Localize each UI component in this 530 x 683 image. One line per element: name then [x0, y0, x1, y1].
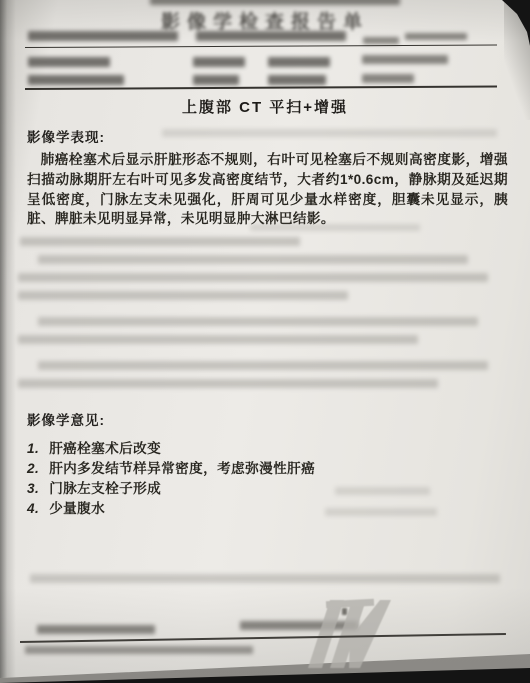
report-content: 影像学检查报告单 上腹部 CT 平扫+增强 影像学表现: 肺癌栓塞术后显示肝脏形…: [0, 0, 530, 683]
patient-age-redacted: [268, 57, 330, 67]
findings-paragraph: 肺癌栓塞术后显示肝脏形态不规则，右叶可见栓塞后不规则高密度影，增强扫描动脉期肝左…: [27, 150, 508, 229]
header-field-redacted: [28, 31, 178, 41]
bleed-through-text: [38, 255, 468, 264]
findings-heading: 影像学表现:: [27, 126, 105, 146]
impression-item: 2. 肝内多发结节样异常密度，考虑弥漫性肝癌: [27, 457, 457, 477]
header-field-redacted: [363, 37, 399, 44]
hospital-name-cutoff-redacted: [150, 0, 400, 5]
bleed-through-text: [335, 487, 430, 495]
impression-item-number: 2.: [27, 461, 45, 476]
impression-item-text: 肝癌栓塞术后改变: [49, 441, 161, 456]
bleed-through-text: [30, 574, 500, 583]
photographed-report-page: 影像学检查报告单 上腹部 CT 平扫+增强 影像学表现: 肺癌栓塞术后显示肝脏形…: [0, 0, 530, 683]
header-divider-line: [25, 45, 497, 49]
gray-logo-watermark: [298, 596, 392, 668]
bleed-through-text: [250, 224, 420, 231]
bleed-through-text: [162, 129, 497, 137]
bleed-through-text: [38, 361, 488, 370]
device-field-redacted: [268, 75, 326, 85]
impression-item-number: 1.: [27, 441, 45, 456]
bleed-through-text: [18, 335, 418, 344]
image-number-redacted: [362, 55, 448, 64]
impression-item-text: 肝内多发结节样异常密度，考虑弥漫性肝癌: [49, 461, 315, 476]
bleed-through-text: [18, 273, 488, 282]
bleed-through-text: [38, 317, 478, 326]
bed-field-redacted: [193, 75, 239, 85]
footer-line: [20, 633, 506, 643]
report-title: 影像学检查报告单: [0, 7, 530, 34]
header-field-redacted: [362, 74, 414, 83]
impression-heading: 影像学意见:: [27, 409, 105, 429]
bleed-through-text: [20, 237, 300, 246]
bleed-through-text: [18, 379, 438, 388]
patient-sex-redacted: [193, 57, 245, 67]
impression-item-number: 4.: [27, 501, 45, 516]
bleed-through-text: [325, 508, 437, 516]
impression-list: 1. 肝癌栓塞术后改变 2. 肝内多发结节样异常密度，考虑弥漫性肝癌 3. 门脉…: [27, 437, 457, 517]
header-bottom-line: [25, 86, 497, 91]
bleed-through-text: [18, 291, 348, 300]
impression-item: 1. 肝癌栓塞术后改变: [27, 437, 457, 457]
header-field-redacted: [405, 33, 467, 40]
report-physician-redacted: [37, 625, 155, 634]
exam-title: 上腹部 CT 平扫+增强: [0, 96, 530, 117]
ward-field-redacted: [28, 75, 124, 85]
impression-item-number: 3.: [27, 481, 45, 496]
impression-item-text: 少量腹水: [49, 501, 105, 516]
patient-name-redacted: [28, 57, 110, 67]
header-field-redacted: [196, 31, 346, 41]
impression-item-text: 门脉左支栓子形成: [49, 481, 161, 496]
footer-code-redacted: [25, 646, 253, 654]
